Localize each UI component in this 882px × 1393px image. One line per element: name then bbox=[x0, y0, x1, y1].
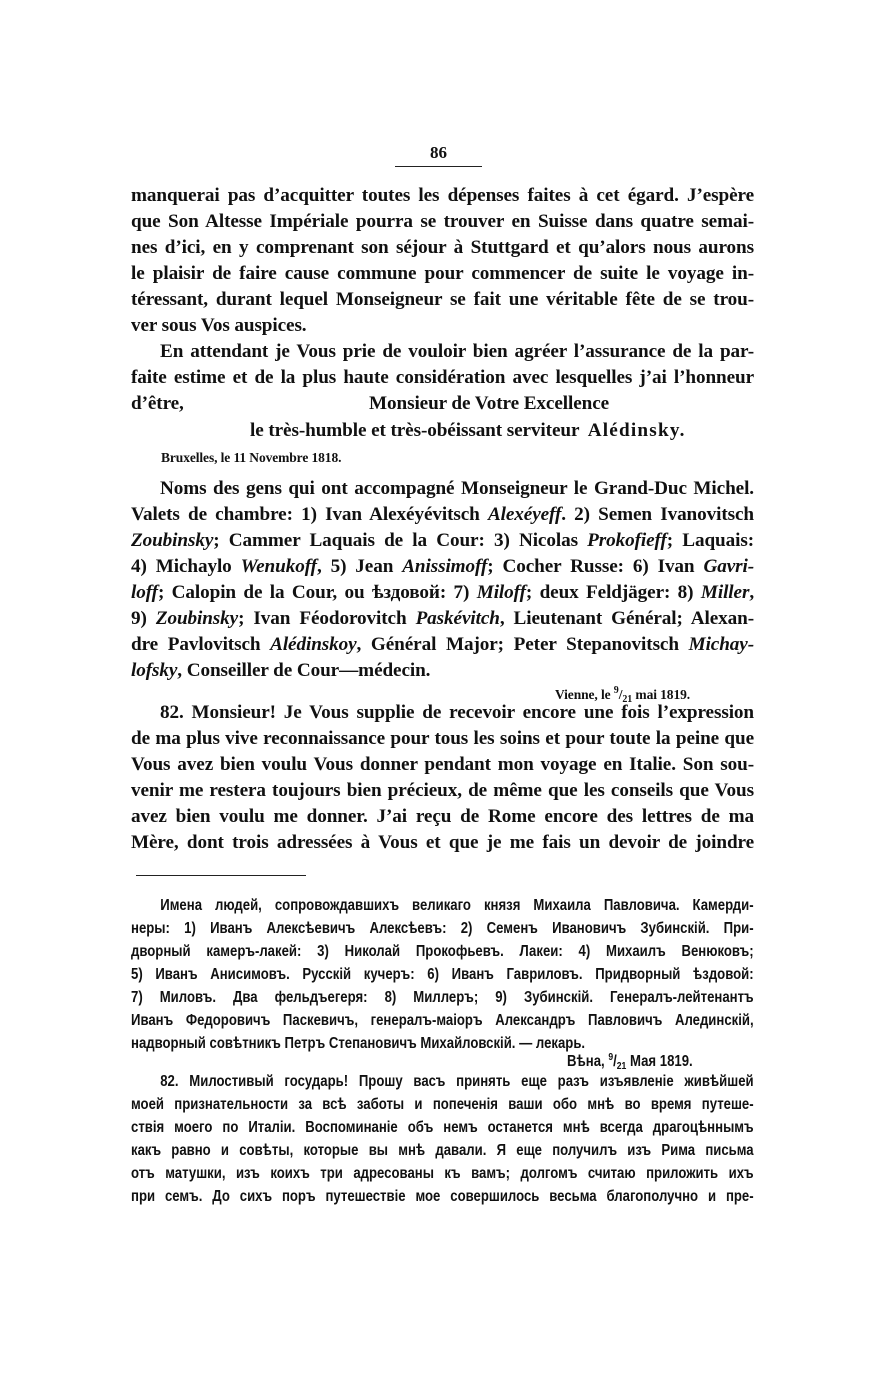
footnote-line: 82. Милостивый государь! Прошу васъ прин… bbox=[131, 1072, 754, 1092]
italic-name: Zoubinsky bbox=[131, 530, 213, 551]
text-line: de ma plus vive reconnaissance pour tous… bbox=[131, 728, 754, 750]
text-segment: ; Calopin de la Cour, ou ѣздовой: 7) bbox=[158, 582, 477, 603]
page-number-rule bbox=[395, 166, 482, 167]
footnote-line: ствія моего по Италіи. Воспоминаніе объ … bbox=[131, 1118, 754, 1138]
text-line: venir me restera toujours bien précieux,… bbox=[131, 780, 754, 802]
text-segment: ; deux Feldjäger: 8) bbox=[526, 582, 701, 603]
footnote-line: Имена людей, сопровождавшихъ великаго кн… bbox=[131, 896, 754, 916]
place-date-prefix: Вѣна, bbox=[567, 1053, 608, 1070]
italic-name: Gavri- bbox=[703, 556, 754, 577]
footnote-line: 7) Миловъ. Два фельдъегеря: 8) Миллеръ; … bbox=[131, 988, 754, 1008]
text-line: téressant, durant lequel Monseigneur se … bbox=[131, 289, 754, 311]
italic-name: Michay- bbox=[689, 634, 754, 655]
italic-name: Zoubinsky bbox=[156, 608, 238, 629]
text-segment: Valets de chambre: 1) Ivan Alexéyévitsch bbox=[131, 504, 488, 525]
text-segment: , bbox=[749, 582, 754, 603]
footnote-line: моей признательности за всѣ заботы и поп… bbox=[131, 1095, 754, 1115]
italic-name: Wenukoff bbox=[241, 556, 317, 577]
italic-name: Anissimoff bbox=[402, 556, 487, 577]
italic-name: Miloff bbox=[477, 582, 526, 603]
date-numerator: 9 bbox=[608, 1052, 613, 1063]
date-numerator: 9 bbox=[614, 685, 619, 696]
text-line: dre Pavlovitsch Alédinskoy, Général Majo… bbox=[131, 634, 754, 656]
text-segment: , Conseiller de Cour—médecin. bbox=[177, 660, 430, 681]
text-line: Vous avez bien voulu Vous donner pendant… bbox=[131, 754, 754, 776]
page-number: 86 bbox=[395, 143, 482, 163]
text-segment: 4) Michaylo bbox=[131, 556, 241, 577]
text-line: 4) Michaylo Wenukoff, 5) Jean Anissimoff… bbox=[131, 556, 754, 578]
footnote-line: какъ равно и совѣты, которые вы мнѣ дава… bbox=[131, 1141, 754, 1161]
place-date: Bruxelles, le 11 Novembre 1818. bbox=[161, 450, 784, 466]
text-line: En attendant je Vous prie de vouloir bie… bbox=[131, 341, 754, 363]
italic-name: Prokofieff bbox=[587, 530, 667, 551]
signature-name: Alédinsky. bbox=[588, 420, 686, 441]
signature-line: le très-humble et très-obéissant servite… bbox=[250, 420, 750, 442]
text-segment: ; Laquais: bbox=[667, 530, 754, 551]
text-line: 82. Monsieur! Je Vous supplie de recevoi… bbox=[131, 702, 754, 724]
signature-text: le très-humble et très-obéissant servite… bbox=[250, 420, 579, 441]
text-line: que Son Altesse Impériale pourra se trou… bbox=[131, 211, 754, 233]
text-line: Noms des gens qui ont accompagné Monseig… bbox=[131, 478, 754, 500]
text-segment: ; Cocher Russe: 6) Ivan bbox=[487, 556, 703, 577]
text-segment: , Lieutenant Général; Alexan- bbox=[500, 608, 754, 629]
text-segment: , 5) Jean bbox=[317, 556, 402, 577]
footnote-rule bbox=[136, 875, 306, 876]
book-page: 86 manquerai pas d’acquitter toutes les … bbox=[0, 0, 882, 1393]
text-line: faite estime et de la plus haute considé… bbox=[131, 367, 754, 389]
italic-name: Paskévitch bbox=[416, 608, 500, 629]
text-line: Valets de chambre: 1) Ivan Alexéyévitsch… bbox=[131, 504, 754, 526]
footnote-line: Иванъ Федоровичъ Паскевичъ, генералъ-маі… bbox=[131, 1011, 754, 1031]
italic-name: Alexéyeff bbox=[488, 504, 561, 525]
footnote-line: 5) Иванъ Анисимовъ. Русскій кучеръ: 6) И… bbox=[131, 965, 754, 985]
text-segment: . 2) Semen Ivanovitsch bbox=[561, 504, 754, 525]
footnote-line: неры: 1) Иванъ Алексѣевичъ Алексѣевъ: 2)… bbox=[131, 919, 754, 939]
text-line: le plaisir de faire cause commune pour c… bbox=[131, 263, 754, 285]
italic-name: Alédinskoy bbox=[270, 634, 356, 655]
text-line: loff; Calopin de la Cour, ou ѣздовой: 7)… bbox=[131, 582, 754, 604]
place-date-prefix: Vienne, le bbox=[555, 687, 614, 702]
text-line: nes d’ici, en y comprenant son séjour à … bbox=[131, 237, 754, 259]
text-line: lofsky, Conseiller de Cour—médecin. bbox=[131, 660, 754, 682]
text-segment: 9) bbox=[131, 608, 156, 629]
text-segment: ; Cammer Laquais de la Cour: 3) Nicolas bbox=[213, 530, 587, 551]
italic-name: loff bbox=[131, 582, 158, 603]
date-denominator: 21 bbox=[617, 1061, 627, 1072]
text-segment: Noms des gens qui ont accompagné Monseig… bbox=[160, 478, 754, 499]
text-line: manquerai pas d’acquitter toutes les dép… bbox=[131, 185, 754, 207]
text-line: ver sous Vos auspices. bbox=[131, 315, 754, 337]
footnote-line: отъ матушки, изъ коихъ три адресованы къ… bbox=[131, 1164, 754, 1184]
place-date-suffix: Мая 1819. bbox=[626, 1053, 692, 1070]
footnote-line: при семъ. До сихъ поръ путешествіе мое с… bbox=[131, 1187, 754, 1207]
italic-name: lofsky bbox=[131, 660, 177, 681]
text-segment: dre Pavlovitsch bbox=[131, 634, 270, 655]
text-line: avez bien voulu me donner. J’ai reçu de … bbox=[131, 806, 754, 828]
text-line: Zoubinsky; Cammer Laquais de la Cour: 3)… bbox=[131, 530, 754, 552]
place-date-suffix: mai 1819. bbox=[632, 687, 690, 702]
footnote-line: дворный камеръ-лакей: 3) Николай Прокофь… bbox=[131, 942, 754, 962]
text-segment: ; Ivan Féodorovitch bbox=[238, 608, 415, 629]
text-line: Mère, dont trois adressées à Vous et que… bbox=[131, 832, 754, 854]
text-line: 9) Zoubinsky; Ivan Féodorovitch Paskévit… bbox=[131, 608, 754, 630]
closing-salutation: Monsieur de Votre Excellence bbox=[369, 393, 669, 415]
text-segment: , Général Major; Peter Stepanovitsch bbox=[357, 634, 689, 655]
italic-name: Miller bbox=[701, 582, 749, 603]
